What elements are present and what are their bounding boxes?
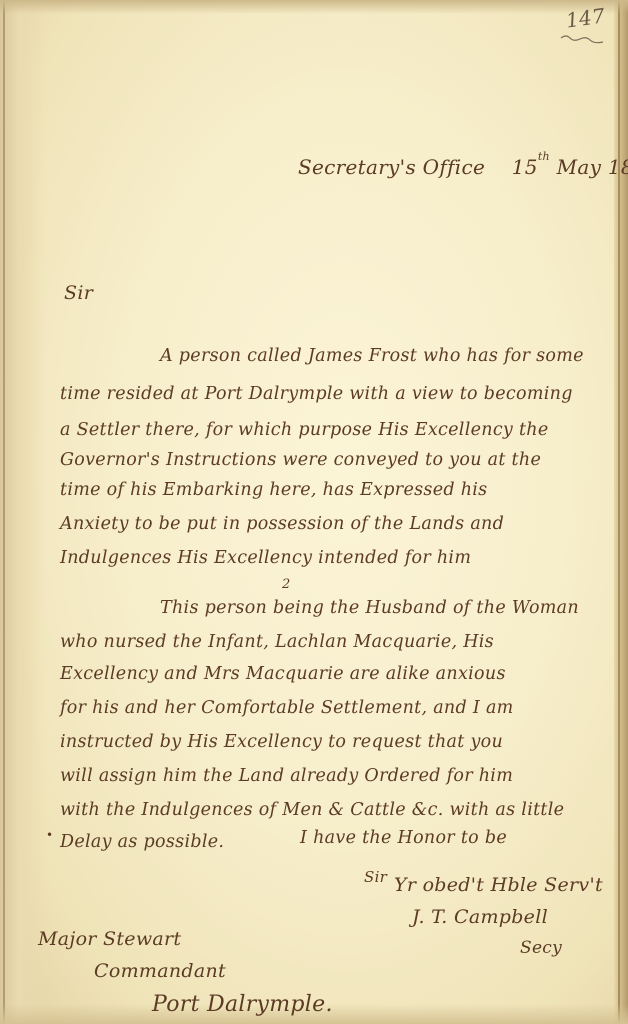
body-line: a Settler there, for which purpose His E… <box>60 420 620 440</box>
heading-day: 15 <box>512 155 538 179</box>
body-line: Anxiety to be put in possession of the L… <box>60 514 620 534</box>
signature-title: Secy <box>520 938 562 958</box>
salutation: Sir <box>64 282 93 304</box>
folio-flourish-icon <box>560 34 604 44</box>
body-line: Governor's Instructions were conveyed to… <box>60 450 620 470</box>
body-line: time resided at Port Dalrymple with a vi… <box>60 384 620 404</box>
signature-name: J. T. Campbell <box>412 906 548 928</box>
heading-month-year: May 1817 <box>557 155 628 179</box>
heading-place: Secretary's Office <box>298 155 485 179</box>
body-line: who nursed the Infant, Lachlan Macquarie… <box>60 632 620 652</box>
body-line: A person called James Frost who has for … <box>160 346 628 366</box>
addressee-name: Major Stewart <box>38 928 181 950</box>
body-line: This person being the Husband of the Wom… <box>160 598 628 618</box>
body-line: instructed by His Excellency to request … <box>60 732 620 752</box>
body-line: with the Indulgences of Men & Cattle &c.… <box>60 800 620 820</box>
margin-mark: • <box>46 828 53 842</box>
addressee-place: Port Dalrymple. <box>152 992 333 1017</box>
heading-day-suffix: th <box>538 150 550 163</box>
body-line: time of his Embarking here, has Expresse… <box>60 480 620 500</box>
letter-heading: Secretary's Office 15th May 1817 <box>298 150 628 179</box>
body-line: will assign him the Land already Ordered… <box>60 766 620 786</box>
closing-sir: Sir <box>364 868 387 886</box>
body-line: for his and her Comfortable Settlement, … <box>60 698 620 718</box>
manuscript-page: 147 Secretary's Office 15th May 1817 Sir… <box>0 0 628 1024</box>
top-page-shadow <box>0 0 628 14</box>
addressee-rank: Commandant <box>94 960 226 982</box>
closing-servant: Yr obed't Hble Serv't <box>394 874 603 896</box>
closing-line: I have the Honor to be <box>300 828 620 848</box>
body-line: Excellency and Mrs Macquarie are alike a… <box>60 664 620 684</box>
paragraph-mark: 2 <box>282 577 291 592</box>
binding-gutter-line <box>3 0 5 1024</box>
body-line: Indulgences His Excellency intended for … <box>60 548 620 568</box>
left-page-shadow <box>0 0 46 1024</box>
folio-number: 147 <box>565 3 607 32</box>
